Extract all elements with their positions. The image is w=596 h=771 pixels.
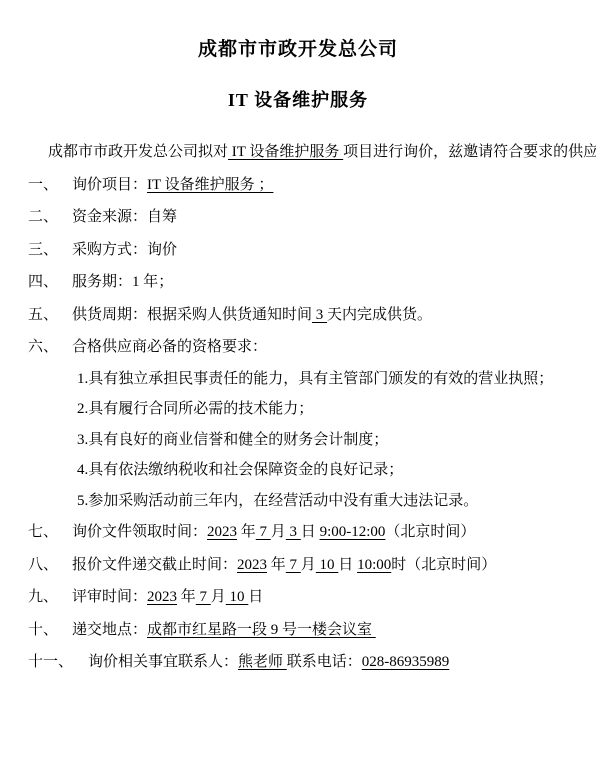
item-5-text-post: 天内完成供货。	[327, 307, 432, 323]
sub-item-4-text: 4.具有依法缴纳税收和社会保障资金的良好记录；	[77, 462, 403, 478]
item-2-funding-source: 二、资金来源：自筹	[0, 201, 596, 234]
sub-item-3: 3.具有良好的商业信誉和健全的财务会计制度；	[0, 425, 596, 456]
item-8-year-underlined: 2023	[237, 557, 267, 573]
item-1-label: 询价项目：	[72, 177, 147, 193]
item-6-qualification-requirements: 六、合格供应商必备的资格要求：	[0, 331, 596, 364]
item-8-time-suffix: 时（北京时间）	[391, 557, 496, 573]
item-2-number: 二、	[28, 201, 72, 234]
item-7-year-unit: 年	[237, 524, 256, 540]
item-5-number: 五、	[28, 299, 72, 332]
item-4-label: 服务期：	[72, 274, 132, 290]
item-10-label: 递交地点：	[72, 622, 147, 638]
item-8-label: 报价文件递交截止时间：	[72, 557, 237, 573]
document-page: 成都市市政开发总公司 IT 设备维护服务 成都市市政开发总公司拟对 IT 设备维…	[0, 0, 596, 771]
item-8-day-unit: 日	[338, 557, 357, 573]
item-4-number: 四、	[28, 266, 72, 299]
item-7-day-underlined: 3	[286, 524, 301, 540]
item-3-procurement-method: 三、采购方式：询价	[0, 234, 596, 267]
item-10-submission-location: 十、递交地点：成都市红星路一段 9 号一楼会议室	[0, 614, 596, 647]
item-10-number: 十、	[28, 614, 72, 647]
intro-paragraph: 成都市市政开发总公司拟对 IT 设备维护服务 项目进行询价，兹邀请符合要求的供应…	[18, 136, 580, 169]
item-8-quote-submission-deadline: 八、报价文件递交截止时间：2023 年 7 月 10 日 10:00时（北京时间…	[0, 549, 596, 582]
item-list: 一、询价项目：IT 设备维护服务 ； 二、资金来源：自筹 三、采购方式：询价 四…	[0, 169, 596, 679]
item-11-label: 询价相关事宜联系人：	[88, 654, 238, 670]
item-5-days-underlined: 3	[312, 307, 327, 323]
item-11-number: 十一、	[28, 646, 88, 679]
item-9-year-underlined: 2023	[147, 589, 177, 605]
item-3-label: 采购方式：	[72, 242, 147, 258]
sub-item-1-text: 1.具有独立承担民事责任的能力，具有主管部门颁发的有效的营业执照；	[77, 371, 553, 387]
item-2-label: 资金来源：	[72, 209, 147, 225]
sub-item-5: 5.参加采购活动前三年内，在经营活动中没有重大违法记录。	[0, 486, 596, 517]
item-8-day-underlined: 10	[316, 557, 339, 573]
item-10-address-underlined: 成都市红星路一段 9 号一楼会议室	[147, 622, 376, 638]
sub-item-5-text: 5.参加采购活动前三年内，在经营活动中没有重大违法记录。	[77, 493, 478, 509]
item-7-time-range-underlined: 9:00-12:00	[320, 524, 386, 540]
item-9-month-unit: 月	[211, 589, 226, 605]
item-5-supply-cycle: 五、供货周期：根据采购人供货通知时间 3 天内完成供货。	[0, 299, 596, 332]
item-1-inquiry-project: 一、询价项目：IT 设备维护服务 ；	[0, 169, 596, 202]
item-8-year-unit: 年	[267, 557, 286, 573]
sub-item-4: 4.具有依法缴纳税收和社会保障资金的良好记录；	[0, 455, 596, 486]
intro-text-pre: 成都市市政开发总公司拟对	[48, 144, 228, 160]
item-3-value: 询价	[147, 242, 177, 258]
document-subtitle: IT 设备维护服务	[0, 88, 596, 112]
item-11-phone-number-underlined: 028-86935989	[362, 654, 450, 670]
sub-item-2: 2.具有履行合同所必需的技术能力；	[0, 394, 596, 425]
item-9-day-underlined: 10	[226, 589, 249, 605]
item-2-value: 自筹	[147, 209, 177, 225]
item-7-month-unit: 月	[271, 524, 286, 540]
item-7-day-unit: 日	[301, 524, 320, 540]
item-7-label: 询价文件领取时间：	[72, 524, 207, 540]
item-11-phone-label: 联系电话：	[287, 654, 362, 670]
item-8-month-unit: 月	[301, 557, 316, 573]
item-4-value: 1 年；	[132, 274, 173, 290]
item-8-number: 八、	[28, 549, 72, 582]
item-9-number: 九、	[28, 581, 72, 614]
item-9-review-time: 九、评审时间：2023 年 7 月 10 日	[0, 581, 596, 614]
item-5-text-pre: 根据采购人供货通知时间	[147, 307, 312, 323]
intro-text-post: 项目进行询价，兹邀请符合要求的供应商参与。	[343, 144, 596, 160]
item-5-label: 供货周期：	[72, 307, 147, 323]
item-1-number: 一、	[28, 169, 72, 202]
sub-item-3-text: 3.具有良好的商业信誉和健全的财务会计制度；	[77, 432, 388, 448]
item-6-label: 合格供应商必备的资格要求：	[72, 339, 267, 355]
item-7-timezone: （北京时间）	[385, 524, 475, 540]
item-9-year-unit: 年	[177, 589, 196, 605]
item-4-service-period: 四、服务期：1 年；	[0, 266, 596, 299]
sub-item-1: 1.具有独立承担民事责任的能力，具有主管部门颁发的有效的营业执照；	[0, 364, 596, 395]
item-8-month-underlined: 7	[286, 557, 301, 573]
item-11-contact-name-underlined: 熊老师	[238, 654, 287, 670]
item-9-day-unit: 日	[248, 589, 263, 605]
item-6-number: 六、	[28, 331, 72, 364]
item-9-label: 评审时间：	[72, 589, 147, 605]
item-11-contact-info: 十一、询价相关事宜联系人：熊老师 联系电话：028-86935989	[0, 646, 596, 679]
document-title: 成都市市政开发总公司	[0, 0, 596, 62]
item-8-time-underlined: 10:00	[357, 557, 391, 573]
item-7-number: 七、	[28, 516, 72, 549]
intro-project-name-underlined: IT 设备维护服务	[228, 144, 343, 160]
item-1-value-underlined: IT 设备维护服务 ；	[147, 177, 273, 193]
item-7-document-collection-time: 七、询价文件领取时间：2023 年 7 月 3 日 9:00-12:00（北京时…	[0, 516, 596, 549]
item-9-month-underlined: 7	[196, 589, 211, 605]
sub-item-2-text: 2.具有履行合同所必需的技术能力；	[77, 401, 313, 417]
item-7-year-underlined: 2023	[207, 524, 237, 540]
item-3-number: 三、	[28, 234, 72, 267]
item-7-month-underlined: 7	[256, 524, 271, 540]
